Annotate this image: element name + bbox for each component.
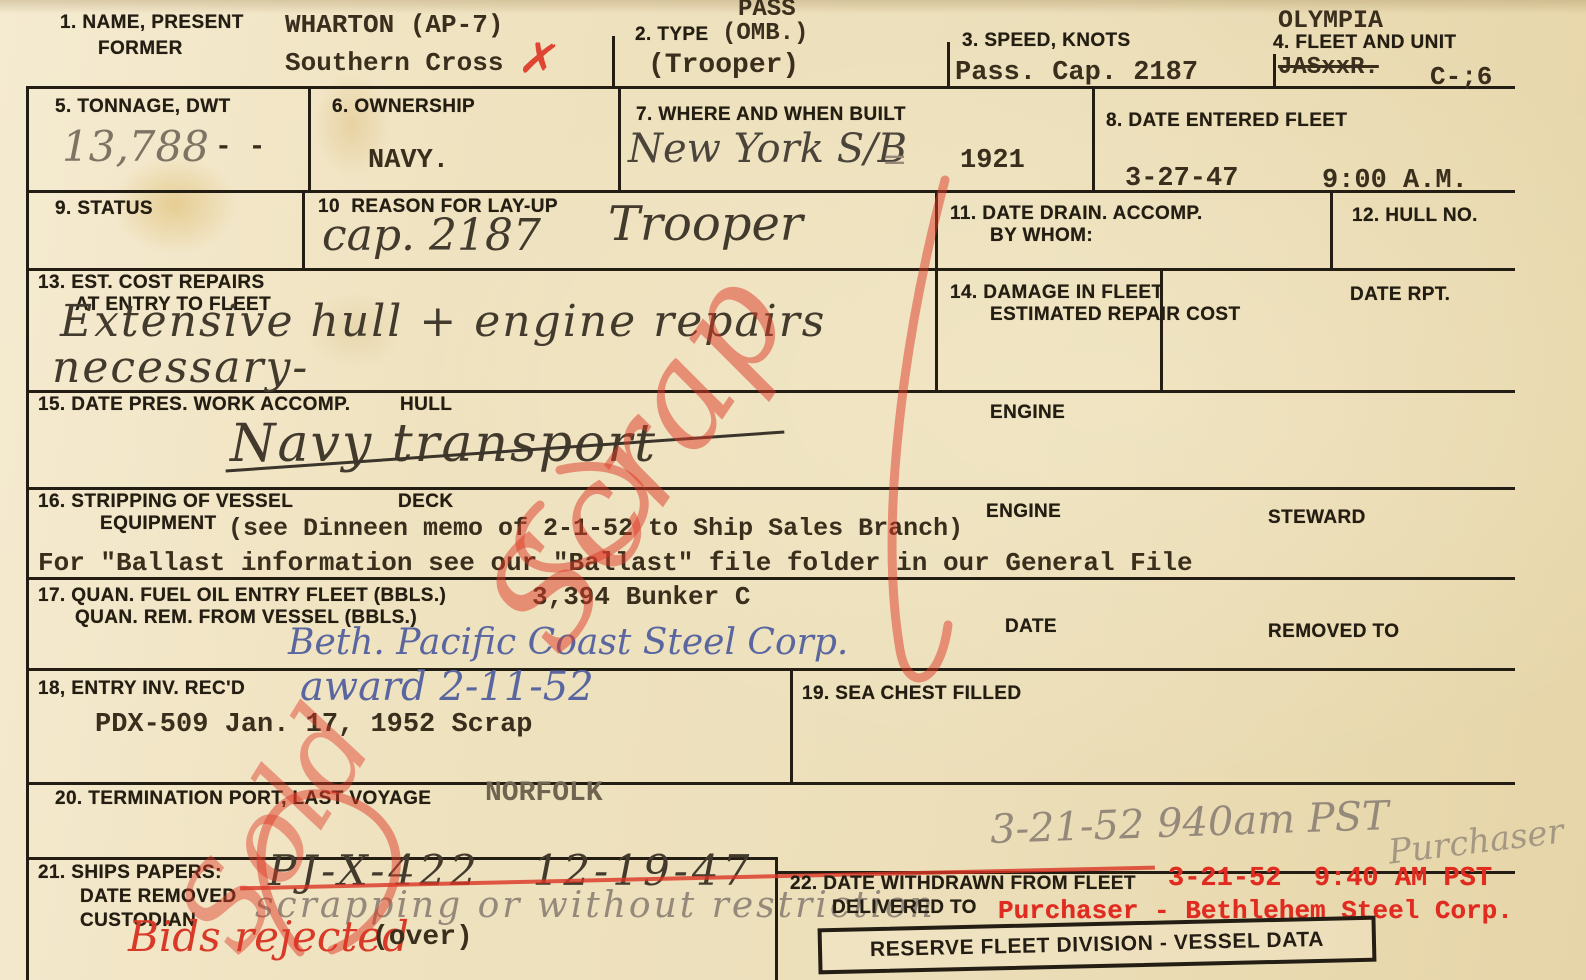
steward-label: STEWARD bbox=[1268, 507, 1366, 529]
field-2-label: 2. TYPE bbox=[635, 24, 709, 46]
field-11-label-bywhom: BY WHOM: bbox=[990, 225, 1093, 247]
banner-label: RESERVE FLEET DIVISION - VESSEL DATA bbox=[870, 928, 1325, 962]
grid-line bbox=[1092, 86, 1095, 190]
vessel-data-card: 1. NAME, PRESENT FORMER WHARTON (AP-7) S… bbox=[0, 0, 1586, 980]
built-year-value: 1921 bbox=[960, 146, 1025, 176]
field-22-label-2: DELIVERED TO bbox=[832, 897, 977, 919]
grid-line bbox=[1273, 54, 1276, 88]
entered-fleet-time: 9:00 A.M. bbox=[1322, 166, 1468, 196]
termination-port-value: NORFOLK bbox=[485, 778, 603, 809]
field-6-label: 6. OWNERSHIP bbox=[332, 96, 475, 118]
fleet-stamp-olympia: OLYMPIA bbox=[1278, 6, 1383, 35]
field-4-label: 4. FLEET AND UNIT bbox=[1273, 32, 1456, 54]
grid-line bbox=[28, 86, 1515, 89]
grid-line bbox=[618, 86, 621, 190]
layup-reason-hand-1: cap. 2187 bbox=[322, 210, 541, 261]
red-scrawl-stroke bbox=[892, 180, 948, 678]
field-12-label: 12. HULL NO. bbox=[1352, 205, 1478, 227]
grid-line bbox=[612, 36, 615, 86]
field-16-label: 16. STRIPPING OF VESSEL bbox=[38, 491, 293, 513]
grid-line bbox=[28, 268, 1515, 271]
field-11-label: 11. DATE DRAIN. ACCOMP. bbox=[950, 203, 1203, 225]
engine-label-16: ENGINE bbox=[986, 501, 1061, 523]
field-16-label-2: EQUIPMENT bbox=[100, 513, 217, 535]
ballast-typed-note: For "Ballast information see our "Ballas… bbox=[38, 548, 1193, 578]
field-13-label: 13. EST. COST REPAIRS bbox=[38, 272, 265, 294]
grid-line bbox=[28, 487, 1515, 490]
hull-label: HULL bbox=[400, 394, 452, 416]
fleet-unit-struck-value: JASxxR. bbox=[1278, 54, 1379, 81]
repairs-hand-1: Extensive hull + engine repairs bbox=[60, 296, 826, 347]
field-20-label: 20. TERMINATION PORT, LAST VOYAGE bbox=[55, 788, 431, 810]
date-rpt-label: DATE RPT. bbox=[1350, 284, 1450, 306]
grid-line bbox=[308, 86, 311, 190]
ownership-value: NAVY. bbox=[368, 146, 449, 176]
field-21-label-2: DATE REMOVED bbox=[80, 886, 236, 908]
repairs-hand-2: necessary- bbox=[52, 342, 309, 393]
field-7-label: 7. WHERE AND WHEN BUILT bbox=[636, 104, 906, 126]
bids-rejected-note: Bids rejected bbox=[128, 912, 409, 961]
grid-line bbox=[1330, 190, 1333, 268]
field-1-label: 1. NAME, PRESENT bbox=[60, 12, 244, 34]
field-1-label-former: FORMER bbox=[98, 38, 183, 60]
type-value: (Trooper) bbox=[648, 50, 799, 81]
field-15-label: 15. DATE PRES. WORK ACCOMP. bbox=[38, 394, 350, 416]
field-8-label: 8. DATE ENTERED FLEET bbox=[1106, 110, 1347, 132]
grid-line bbox=[935, 268, 938, 390]
stripping-typed-note: (see Dinneen memo of 2-1-52 to Ship Sale… bbox=[228, 514, 963, 543]
over-typed-note: (over) bbox=[372, 922, 473, 953]
field-5-label: 5. TONNAGE, DWT bbox=[55, 96, 231, 118]
ship-name-present: WHARTON (AP-7) bbox=[285, 10, 503, 40]
field-3-label: 3. SPEED, KNOTS bbox=[962, 30, 1131, 52]
withdrawn-date-value: 3-21-52 9:40 AM PST bbox=[1168, 864, 1492, 894]
date-label-17: DATE bbox=[1005, 616, 1057, 638]
layup-reason-hand-2: Trooper bbox=[608, 196, 803, 252]
grid-line bbox=[28, 190, 1515, 193]
field-14-label-2: ESTIMATED REPAIR COST bbox=[990, 304, 1240, 326]
field-17-label: 17. QUAN. FUEL OIL ENTRY FLEET (BBLS.) bbox=[38, 585, 446, 607]
deck-label: DECK bbox=[398, 491, 453, 513]
removed-to-label: REMOVED TO bbox=[1268, 621, 1399, 643]
entry-inv-handwriting: award 2-11-52 bbox=[300, 664, 594, 710]
field-2-omb-note: (OMB.) bbox=[722, 20, 808, 47]
fleet-unit-code: C-;6 bbox=[1430, 62, 1492, 92]
entered-fleet-date: 3-27-47 bbox=[1125, 164, 1238, 194]
grid-line bbox=[28, 782, 1515, 785]
grid-line bbox=[790, 668, 793, 782]
grid-line bbox=[947, 42, 950, 86]
field-21-label: 21. SHIPS PAPERS: bbox=[38, 862, 222, 884]
red-check-mark: ✗ bbox=[515, 29, 564, 90]
engine-label-15: ENGINE bbox=[990, 402, 1065, 424]
ship-name-former: Southern Cross bbox=[285, 48, 503, 78]
tonnage-dash: - - bbox=[215, 132, 265, 163]
field-18-label: 18, ENTRY INV. REC'D bbox=[38, 678, 245, 700]
built-where-handwriting: New York S/B bbox=[628, 126, 907, 172]
grid-line bbox=[935, 190, 938, 268]
removed-to-handwriting: Beth. Pacific Coast Steel Corp. bbox=[288, 622, 848, 663]
field-22-label: 22. DATE WITHDRAWN FROM FLEET bbox=[790, 873, 1136, 895]
field-14-label: 14. DAMAGE IN FLEET bbox=[950, 282, 1163, 304]
tonnage-value: 13,788 bbox=[62, 122, 209, 171]
field-9-label: 9. STATUS bbox=[55, 198, 153, 220]
grid-line bbox=[28, 668, 1515, 671]
grid-line bbox=[26, 86, 29, 980]
field-19-label: 19. SEA CHEST FILLED bbox=[802, 683, 1022, 705]
fuel-oil-value: 3,394 Bunker C bbox=[532, 582, 750, 612]
withdrawn-pencil-note: 3-21-52 940am PST bbox=[989, 793, 1389, 853]
built-equals-mark: = bbox=[882, 142, 907, 177]
speed-value: Pass. Cap. 2187 bbox=[955, 58, 1198, 88]
grid-line bbox=[302, 190, 305, 268]
entry-inv-typed: PDX-509 Jan. 17, 1952 Scrap bbox=[95, 710, 532, 740]
